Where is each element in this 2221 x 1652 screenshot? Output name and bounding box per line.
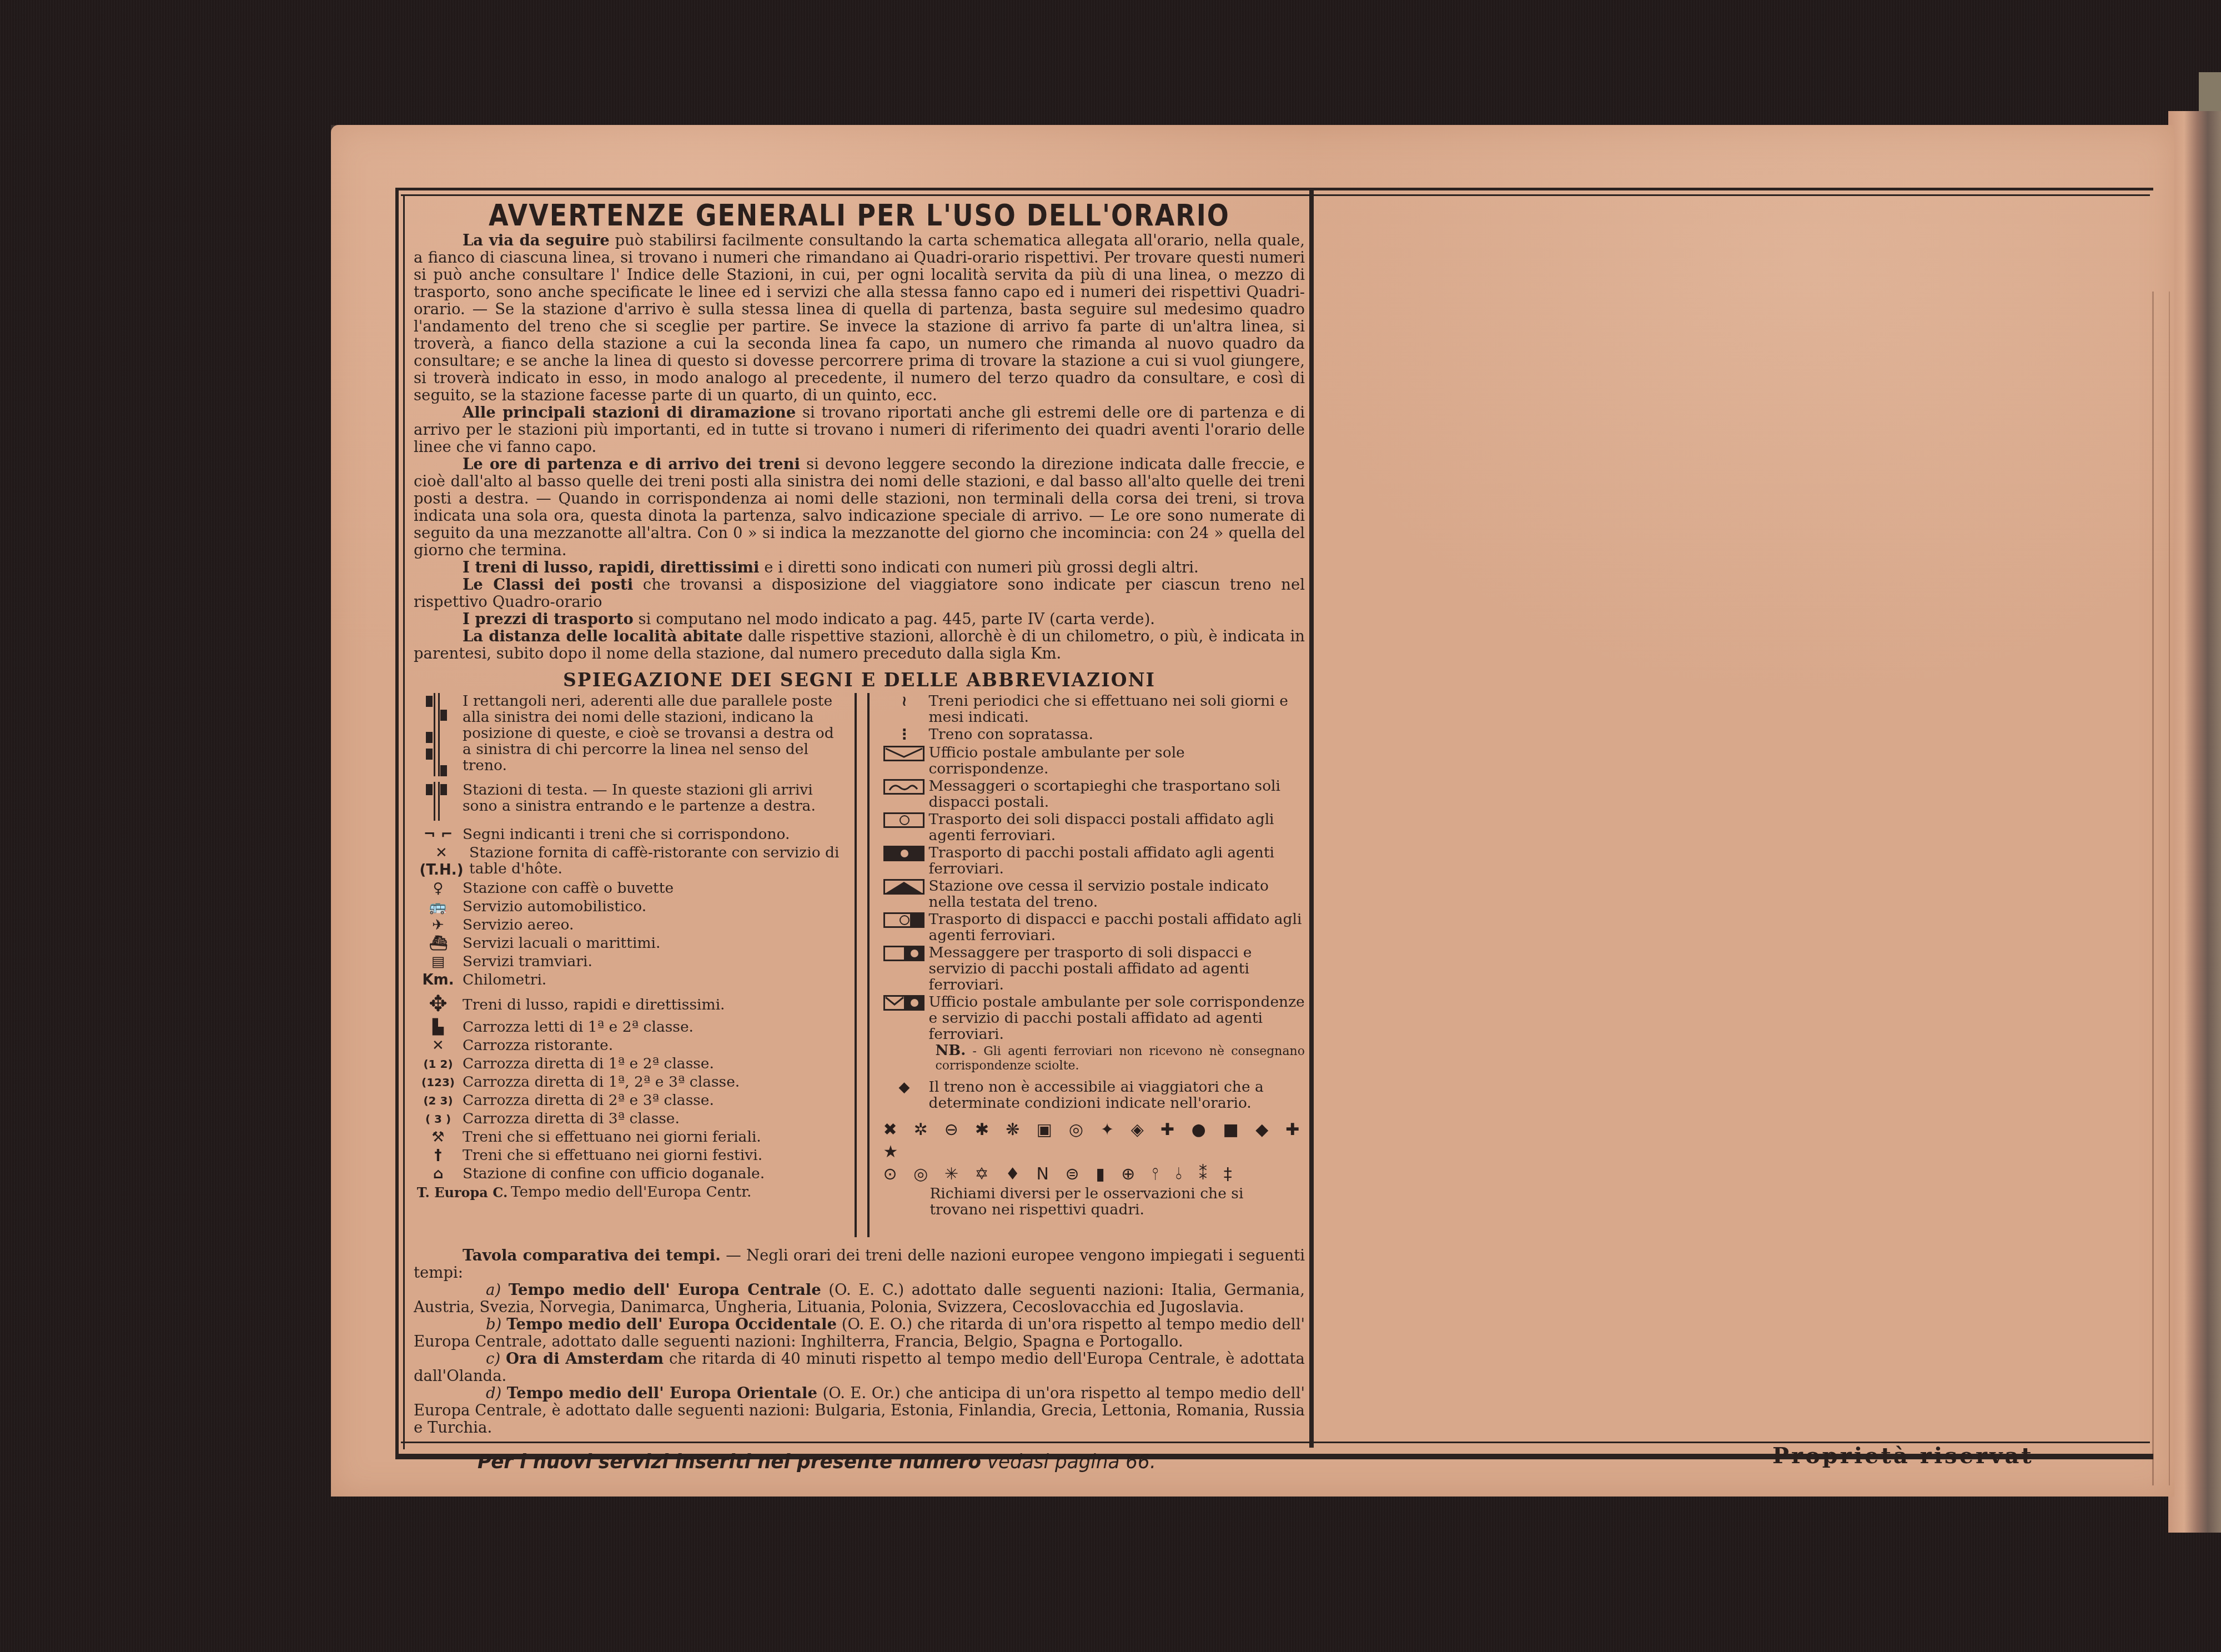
para-lead: I treni di lusso, rapidi, direttissimi: [463, 559, 760, 576]
tram-icon: ▤: [414, 953, 463, 971]
reference-symbols-row-2: ⊙ ◎ ✳ ✡ ♦ Ν ⊜ ▮ ⊕ ⫯ ⫰ ⁑ ‡: [880, 1163, 1305, 1186]
t-europa-abbreviation: T. Europa C.: [414, 1184, 511, 1201]
sign-description: Treni che si effettuano nei giorni festi…: [463, 1147, 845, 1163]
paragraph-ore: Le ore di partenza e di arrivo dei treni…: [414, 456, 1305, 559]
sign-row: Messaggeri o scortapieghi che trasportan…: [880, 778, 1305, 810]
wheel-half-box-icon: [880, 911, 928, 932]
sign-description: Ufficio postale ambulante per sole corri…: [928, 745, 1305, 777]
sleeping-car-icon: ▙: [414, 1019, 463, 1036]
para-body: e i diretti sono indicati con numeri più…: [760, 559, 1199, 576]
wheel-box-icon: [880, 811, 928, 832]
sign-description: Stazione ove cessa il servizio postale i…: [928, 878, 1305, 910]
frame-inner-rule-top: [401, 194, 2150, 196]
sign-row: Ufficio postale ambulante per sole corri…: [880, 994, 1305, 1042]
sign-row: T. Europa C. Tempo medio dell'Europa Cen…: [414, 1184, 845, 1201]
item-lead: Tempo medio dell' Europa Occidentale: [506, 1315, 837, 1333]
sign-row: ✕ Carrozza ristorante.: [414, 1037, 845, 1055]
item-lead: Ora di Amsterdam: [506, 1350, 664, 1368]
sign-description: Trasporto di dispacci e pacchi postali a…: [928, 911, 1305, 943]
footer-note-page: vedasi pagina 66.: [981, 1450, 1156, 1473]
sign-description: Tempo medio dell'Europa Centr.: [511, 1184, 845, 1200]
reference-symbols-row-1: ✖ ✲ ⊖ ✱ ❋ ▣ ◎ ✦ ◈ ✚ ● ■ ◆ ✚ ★: [880, 1119, 1305, 1163]
sign-row: ( 3 ) Carrozza diretta di 3ª classe.: [414, 1111, 845, 1128]
winged-wheel-icon: ✥: [414, 990, 463, 1018]
sign-row: ⛴ Servizi lacuali o marittimi.: [414, 935, 845, 952]
sign-description: Stazione con caffè o buvette: [463, 880, 845, 896]
sign-description: Servizi lacuali o marittimi.: [463, 935, 845, 951]
envelope-box-icon: [880, 745, 928, 765]
sign-row: ♀ Stazione con caffè o buvette: [414, 880, 845, 897]
sign-description: Treni di lusso, rapidi e direttissimi.: [463, 990, 845, 1013]
boat-icon: ⛴: [414, 935, 463, 952]
sign-description: Servizio automobilistico.: [463, 898, 845, 915]
sign-description: Treni che si effettuano nei giorni feria…: [463, 1129, 845, 1145]
customs-house-icon: ⌂: [414, 1166, 463, 1183]
footer-note-bold: Per i nuovi servizi inseriti nel present…: [478, 1450, 981, 1473]
sign-row: ≀ Treni periodici che si effettuano nei …: [880, 693, 1305, 725]
item-letter: a): [486, 1281, 501, 1299]
book-spine-edge: [2168, 111, 2221, 1533]
sign-description: Il treno non è accessibile ai viaggiator…: [928, 1079, 1305, 1111]
tavola-item-a: a) Tempo medio dell' Europa Centrale (O.…: [414, 1282, 1305, 1316]
sign-description: Trasporto di pacchi postali affidato agl…: [928, 845, 1305, 877]
item-lead: Tempo medio dell' Europa Orientale: [507, 1384, 817, 1402]
nb-text: - Gli agenti ferroviari non ricevono nè …: [935, 1045, 1305, 1073]
sign-row: ◆ Il treno non è accessibile ai viaggiat…: [880, 1079, 1305, 1111]
para-body: può stabilirsi facilmente consultando la…: [414, 232, 1305, 404]
sign-row: ⌂ Stazione di confine con ufficio dogana…: [414, 1166, 845, 1183]
sign-description: Carrozza diretta di 1ª, 2ª e 3ª classe.: [463, 1074, 845, 1090]
sign-row: (2 3) Carrozza diretta di 2ª e 3ª classe…: [414, 1092, 845, 1109]
sign-description: Chilometri.: [463, 972, 845, 988]
crossed-cutlery-icon: ✕ (T.H.): [414, 845, 469, 879]
tavola-intro: Tavola comparativa dei tempi. — Negli or…: [414, 1247, 1305, 1282]
sign-row: ⚒ Treni che si effettuano nei giorni fer…: [414, 1129, 845, 1146]
tavola-lead: Tavola comparativa dei tempi.: [463, 1247, 721, 1264]
frame-inner-rule-left: [403, 194, 405, 1449]
nb-label: NB.: [935, 1042, 966, 1059]
dining-car-icon: ✕: [414, 1037, 463, 1055]
cross-icon: †: [414, 1147, 463, 1164]
footer-new-services-note: Per i nuovi servizi inseriti nel present…: [478, 1450, 1156, 1473]
sign-row: ▤ Servizi tramviari.: [414, 953, 845, 971]
sign-description: Messaggeri o scortapieghi che trasportan…: [928, 778, 1305, 810]
avvertenze-text: AVVERTENZE GENERALI PER L'USO DELL'ORARI…: [414, 197, 1305, 1437]
carriage-3-icon: ( 3 ): [414, 1111, 463, 1128]
sign-row: (123) Carrozza diretta di 1ª, 2ª e 3ª cl…: [414, 1074, 845, 1091]
sign-row: ⋮ Treno con sopratassa.: [880, 726, 1305, 744]
footer-copyright: Proprietà riservat: [1772, 1443, 2153, 1469]
para-body: si computano nel modo indicato a pag. 44…: [634, 610, 1155, 628]
item-lead: Tempo medio dell' Europa Centrale: [509, 1281, 821, 1299]
airplane-icon: ✈: [414, 917, 463, 934]
sign-row: 🚌 Servizio automobilistico.: [414, 898, 845, 916]
hammer-icon: ⚒: [414, 1129, 463, 1146]
wavy-line-icon: ≀: [880, 693, 928, 710]
page-title: AVVERTENZE GENERALI PER L'USO DELL'ORARI…: [414, 206, 1305, 226]
tavola-item-b: b) Tempo medio dell' Europa Occidentale …: [414, 1316, 1305, 1350]
signs-section-title: SPIEGAZIONE DEI SEGNI E DELLE ABBREVIAZI…: [414, 671, 1305, 689]
para-lead: Alle principali stazioni di diramazione: [463, 404, 796, 421]
sign-description: Segni indicanti i treni che si corrispon…: [463, 826, 845, 842]
column-divider: [1309, 190, 1314, 1448]
sign-row: Messaggere per trasporto di soli dispacc…: [880, 945, 1305, 993]
sign-row: ¬ ⌐ Segni indicanti i treni che si corri…: [414, 826, 845, 843]
signs-left-column: I rettangoli neri, aderenti alle due par…: [414, 693, 845, 1237]
rail-rectangles-icon: [414, 693, 463, 781]
sign-description: Treni periodici che si effettuano nei so…: [928, 693, 1305, 725]
sign-row: Trasporto dei soli dispacci postali affi…: [880, 811, 1305, 843]
paragraph-classi: Le Classi dei posti che trovansi a dispo…: [414, 576, 1305, 611]
signs-column-separator: [855, 693, 870, 1237]
paragraph-distanza: La distanza delle località abitate dalle…: [414, 628, 1305, 662]
sign-description: I rettangoli neri, aderenti alle due par…: [463, 693, 845, 774]
sign-description: Ufficio postale ambulante per sole corri…: [928, 994, 1305, 1042]
nb-note: NB. - Gli agenti ferroviari non ricevono…: [880, 1043, 1305, 1073]
paragraph-diramazione: Alle principali stazioni di diramazione …: [414, 404, 1305, 456]
para-lead: Le ore di partenza e di arrivo dei treni: [463, 455, 800, 473]
triangle-box-icon: [880, 878, 928, 898]
carriage-23-icon: (2 3): [414, 1092, 463, 1109]
para-lead: Le Classi dei posti: [463, 576, 633, 594]
sign-description: Carrozza diretta di 3ª classe.: [463, 1111, 845, 1127]
para-lead: I prezzi di trasporto: [463, 610, 634, 628]
paragraph-via: La via da seguire può stabilirsi facilme…: [414, 232, 1305, 404]
wheel-box-dark-icon: [880, 845, 928, 866]
para-lead: La via da seguire: [463, 232, 610, 249]
item-letter: b): [486, 1315, 501, 1333]
sign-row: Trasporto di dispacci e pacchi postali a…: [880, 911, 1305, 943]
sign-row: Stazione ove cessa il servizio postale i…: [880, 878, 1305, 910]
sign-description: Stazione di confine con ufficio doganale…: [463, 1166, 845, 1182]
tavola-item-d: d) Tempo medio dell' Europa Orientale (O…: [414, 1385, 1305, 1437]
post-horn-box-icon: [880, 778, 928, 798]
km-abbreviation: Km.: [414, 972, 463, 989]
correspondence-marks-icon: ¬ ⌐: [414, 826, 463, 843]
sign-row: ✕ (T.H.) Stazione fornita di caffè-risto…: [414, 845, 845, 879]
sign-description: Servizi tramviari.: [463, 953, 845, 970]
carriage-123-icon: (123): [414, 1074, 463, 1091]
sign-row: Ufficio postale ambulante per sole corri…: [880, 745, 1305, 777]
sign-description: Carrozza letti di 1ª e 2ª classe.: [463, 1019, 845, 1035]
page-fold-2: [2169, 292, 2170, 1485]
sign-row: ✥ Treni di lusso, rapidi e direttissimi.: [414, 990, 845, 1018]
sign-row: I rettangoli neri, aderenti alle due par…: [414, 693, 845, 781]
sign-row: Trasporto di pacchi postali affidato agl…: [880, 845, 1305, 877]
paragraph-prezzi: I prezzi di trasporto si computano nel m…: [414, 611, 1305, 628]
dotted-line-icon: ⋮: [880, 726, 928, 744]
sign-description: Stazioni di testa. — In queste stazioni …: [463, 782, 845, 814]
sign-description: Treno con sopratassa.: [928, 726, 1305, 742]
head-station-icon: [414, 782, 463, 825]
cup-icon: ♀: [414, 880, 463, 897]
sign-description: Carrozza diretta di 2ª e 3ª classe.: [463, 1092, 845, 1108]
item-letter: c): [486, 1350, 500, 1368]
sign-description: Servizio aereo.: [463, 917, 845, 933]
tavola-tempi: Tavola comparativa dei tempi. — Negli or…: [414, 1247, 1305, 1437]
diamond-icon: ◆: [880, 1079, 928, 1096]
sign-description: Messaggere per trasporto di soli dispacc…: [928, 945, 1305, 993]
sign-description: Carrozza diretta di 1ª e 2ª classe.: [463, 1056, 845, 1072]
sign-row: Km. Chilometri.: [414, 972, 845, 989]
sign-description: Carrozza ristorante.: [463, 1037, 845, 1053]
sign-row: Stazioni di testa. — In queste stazioni …: [414, 782, 845, 825]
carriage-12-icon: (1 2): [414, 1056, 463, 1073]
reference-symbols-description: Richiami diversi per le osservazioni che…: [880, 1186, 1305, 1218]
tavola-item-c: c) Ora di Amsterdam che ritarda di 40 mi…: [414, 1350, 1305, 1385]
sign-row: ▙ Carrozza letti di 1ª e 2ª classe.: [414, 1019, 845, 1036]
envelope-wheel-box-icon: [880, 994, 928, 1015]
signs-columns: I rettangoli neri, aderenti alle due par…: [414, 693, 1305, 1237]
signs-right-column: ≀ Treni periodici che si effettuano nei …: [880, 693, 1305, 1237]
sign-row: ✈ Servizio aereo.: [414, 917, 845, 934]
sign-description: Trasporto dei soli dispacci postali affi…: [928, 811, 1305, 843]
horn-wheel-box-icon: [880, 945, 928, 966]
sign-description: Stazione fornita di caffè-ristorante con…: [469, 845, 845, 877]
sign-row: (1 2) Carrozza diretta di 1ª e 2ª classe…: [414, 1056, 845, 1073]
paragraph-treni-lusso: I treni di lusso, rapidi, direttissimi e…: [414, 559, 1305, 576]
automobile-icon: 🚌: [414, 898, 463, 916]
sign-row: † Treni che si effettuano nei giorni fes…: [414, 1147, 845, 1164]
item-letter: d): [486, 1384, 501, 1402]
para-lead: La distanza delle località abitate: [463, 627, 743, 645]
